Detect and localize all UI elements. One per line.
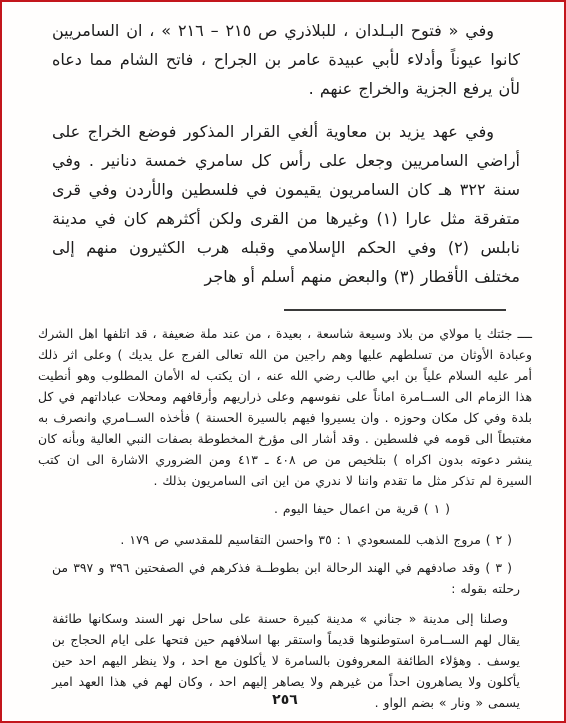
footnote-separator <box>284 309 506 311</box>
main-text: وفي « فتوح البـلدان ، للبلاذري ص ٢١٥ – ٢… <box>52 16 520 713</box>
paragraph-balathuri: وفي « فتوح البـلدان ، للبلاذري ص ٢١٥ – ٢… <box>52 16 520 103</box>
book-page: وفي « فتوح البـلدان ، للبلاذري ص ٢١٥ – ٢… <box>0 0 566 723</box>
footnote-continuation: ــــ جئتك يا مولاي من بلاد وسيعة شاسعة ،… <box>38 323 532 491</box>
footnote-item-3: ( ٣ ) وقد صادفهم في الهند الرحالة ابن بط… <box>52 557 520 599</box>
page-number: ٢٥٦ <box>2 692 566 708</box>
paragraph-yazid-era: وفي عهد يزيد بن معاوية ألغي القرار المذك… <box>52 117 520 291</box>
footnote-item-2: ( ٢ ) مروج الذهب للمسعودي ١ : ٣٥ واحسن ا… <box>52 529 520 550</box>
footnote-item-1: ( ١ ) قرية من اعمال حيفا اليوم . <box>52 498 520 519</box>
